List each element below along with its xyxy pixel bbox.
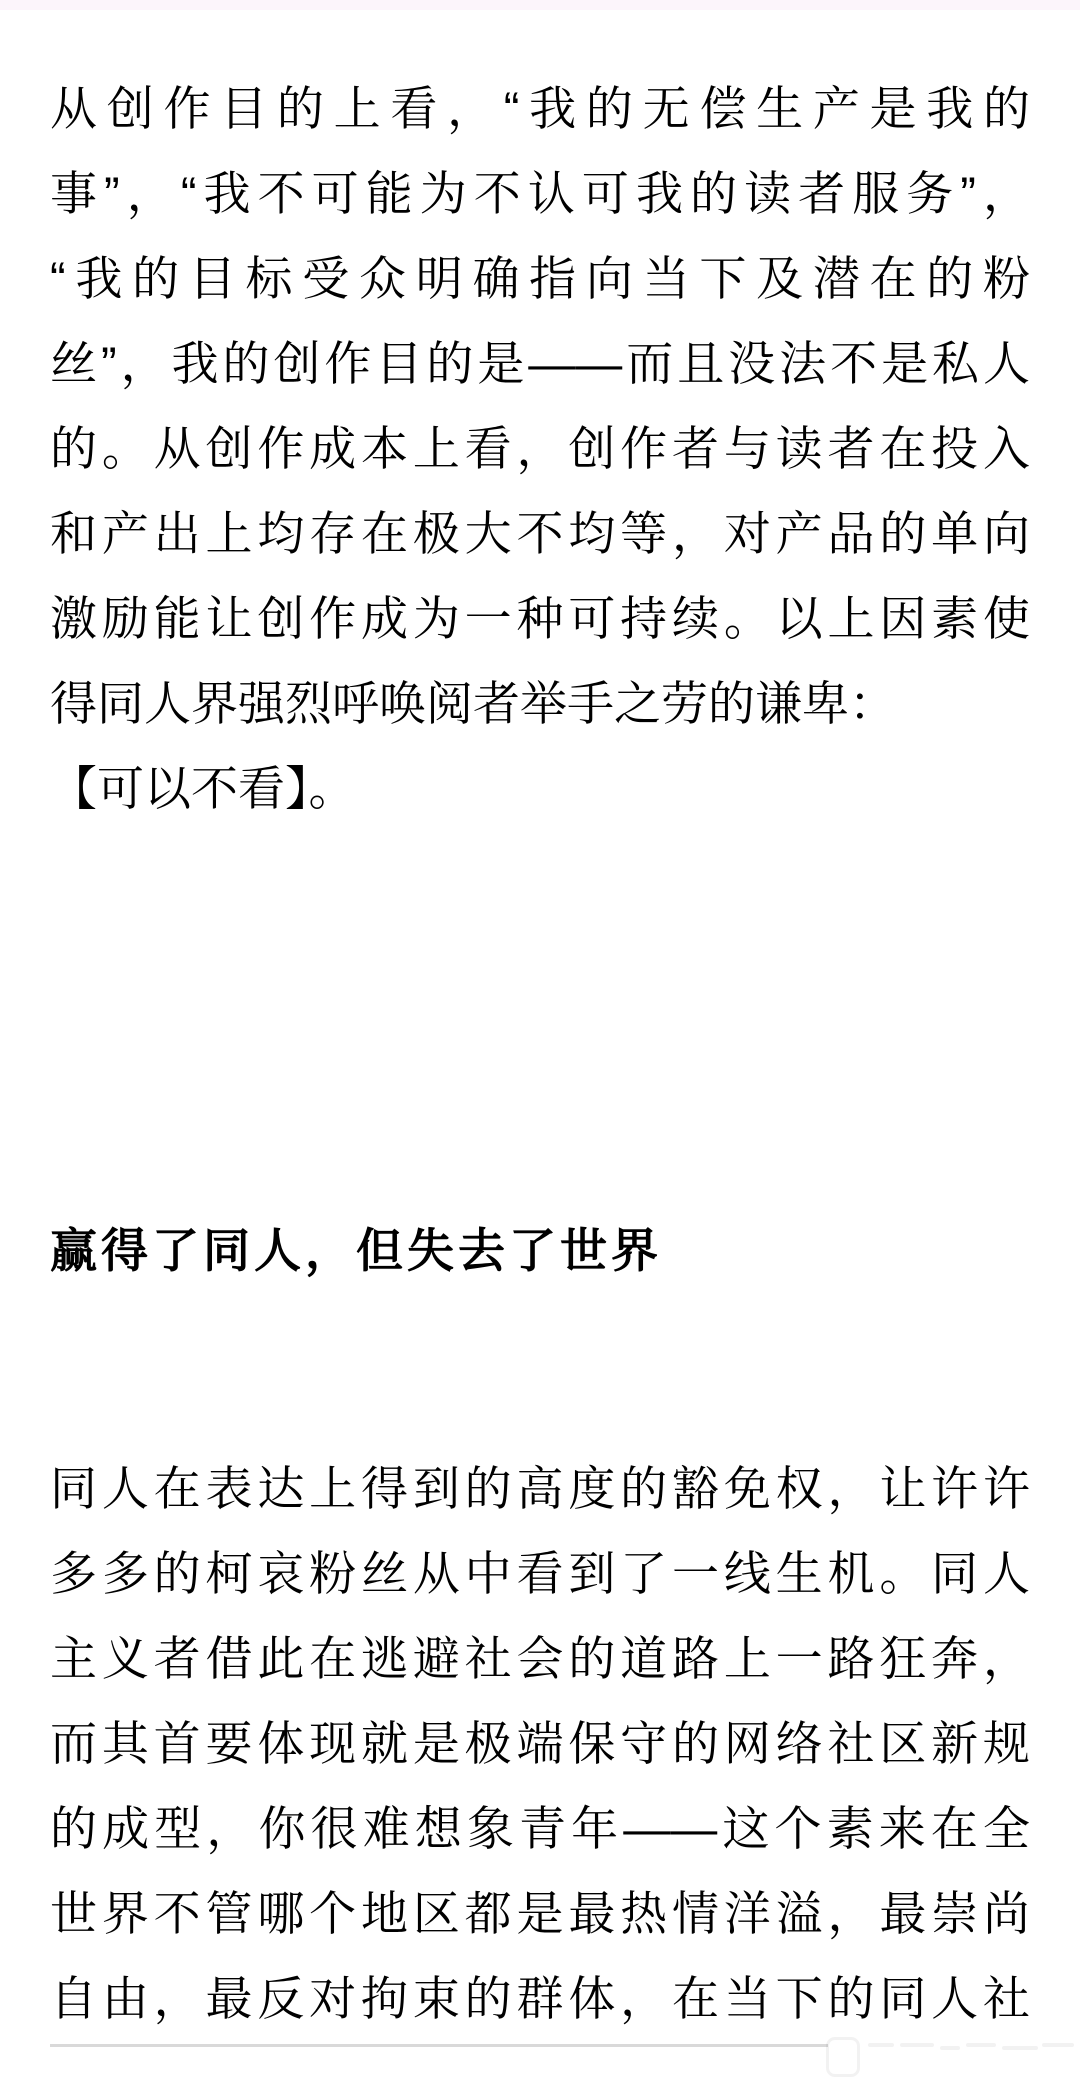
text-line: “我的目标受众明确指向当下及潜在的粉 <box>50 236 1030 321</box>
text-line: 世界不管哪个地区都是最热情洋溢，最崇尚 <box>50 1871 1030 1956</box>
section-heading: 赢得了同人，但失去了世界 <box>50 1221 1030 1281</box>
watermark-text-dash <box>868 2043 894 2047</box>
watermark <box>820 2030 1080 2083</box>
watermark-logo-icon <box>826 2037 860 2077</box>
text-line: 丝”，我的创作目的是——而且没法不是私人 <box>50 321 1030 406</box>
text-line: 的成型，你很难想象青年——这个素来在全 <box>50 1786 1030 1871</box>
text-line: 和产出上均存在极大不均等，对产品的单向 <box>50 491 1030 576</box>
article-page: 从创作目的上看，“我的无偿生产是我的事”，“我不可能为不认可我的读者服务”，“我… <box>0 0 1080 2083</box>
watermark-text-dash <box>900 2043 934 2047</box>
text-line: 而其首要体现就是极端保守的网络社区新规 <box>50 1701 1030 1786</box>
cutoff-next-line-edge <box>50 2044 828 2047</box>
text-line: 激励能让创作成为一种可持续。以上因素使 <box>50 576 1030 661</box>
text-line: 从创作目的上看，“我的无偿生产是我的 <box>50 66 1030 151</box>
text-line: 多多的柯哀粉丝从中看到了一线生机。同人 <box>50 1531 1030 1616</box>
top-edge-band <box>0 0 1080 10</box>
text-line: 主义者借此在逃避社会的道路上一路狂奔， <box>50 1616 1030 1701</box>
paragraph-2: 同人在表达上得到的高度的豁免权，让许许多多的柯哀粉丝从中看到了一线生机。同人主义… <box>50 1446 1030 2041</box>
text-line: 自由，最反对拘束的群体，在当下的同人社 <box>50 1956 1030 2041</box>
paragraph-1: 从创作目的上看，“我的无偿生产是我的事”，“我不可能为不认可我的读者服务”，“我… <box>50 66 1030 831</box>
text-line: 事”，“我不可能为不认可我的读者服务”， <box>50 151 1030 236</box>
text-line: 同人在表达上得到的高度的豁免权，让许许 <box>50 1446 1030 1531</box>
text-line: 【可以不看】。 <box>50 746 1030 831</box>
watermark-text-dash <box>1002 2046 1038 2050</box>
watermark-text-dash <box>940 2046 960 2050</box>
text-line: 得同人界强烈呼唤阅者举手之劳的谦卑： <box>50 661 1030 746</box>
watermark-text-dash <box>966 2043 996 2047</box>
text-line: 的。从创作成本上看，创作者与读者在投入 <box>50 406 1030 491</box>
watermark-text-dash <box>1042 2043 1074 2047</box>
